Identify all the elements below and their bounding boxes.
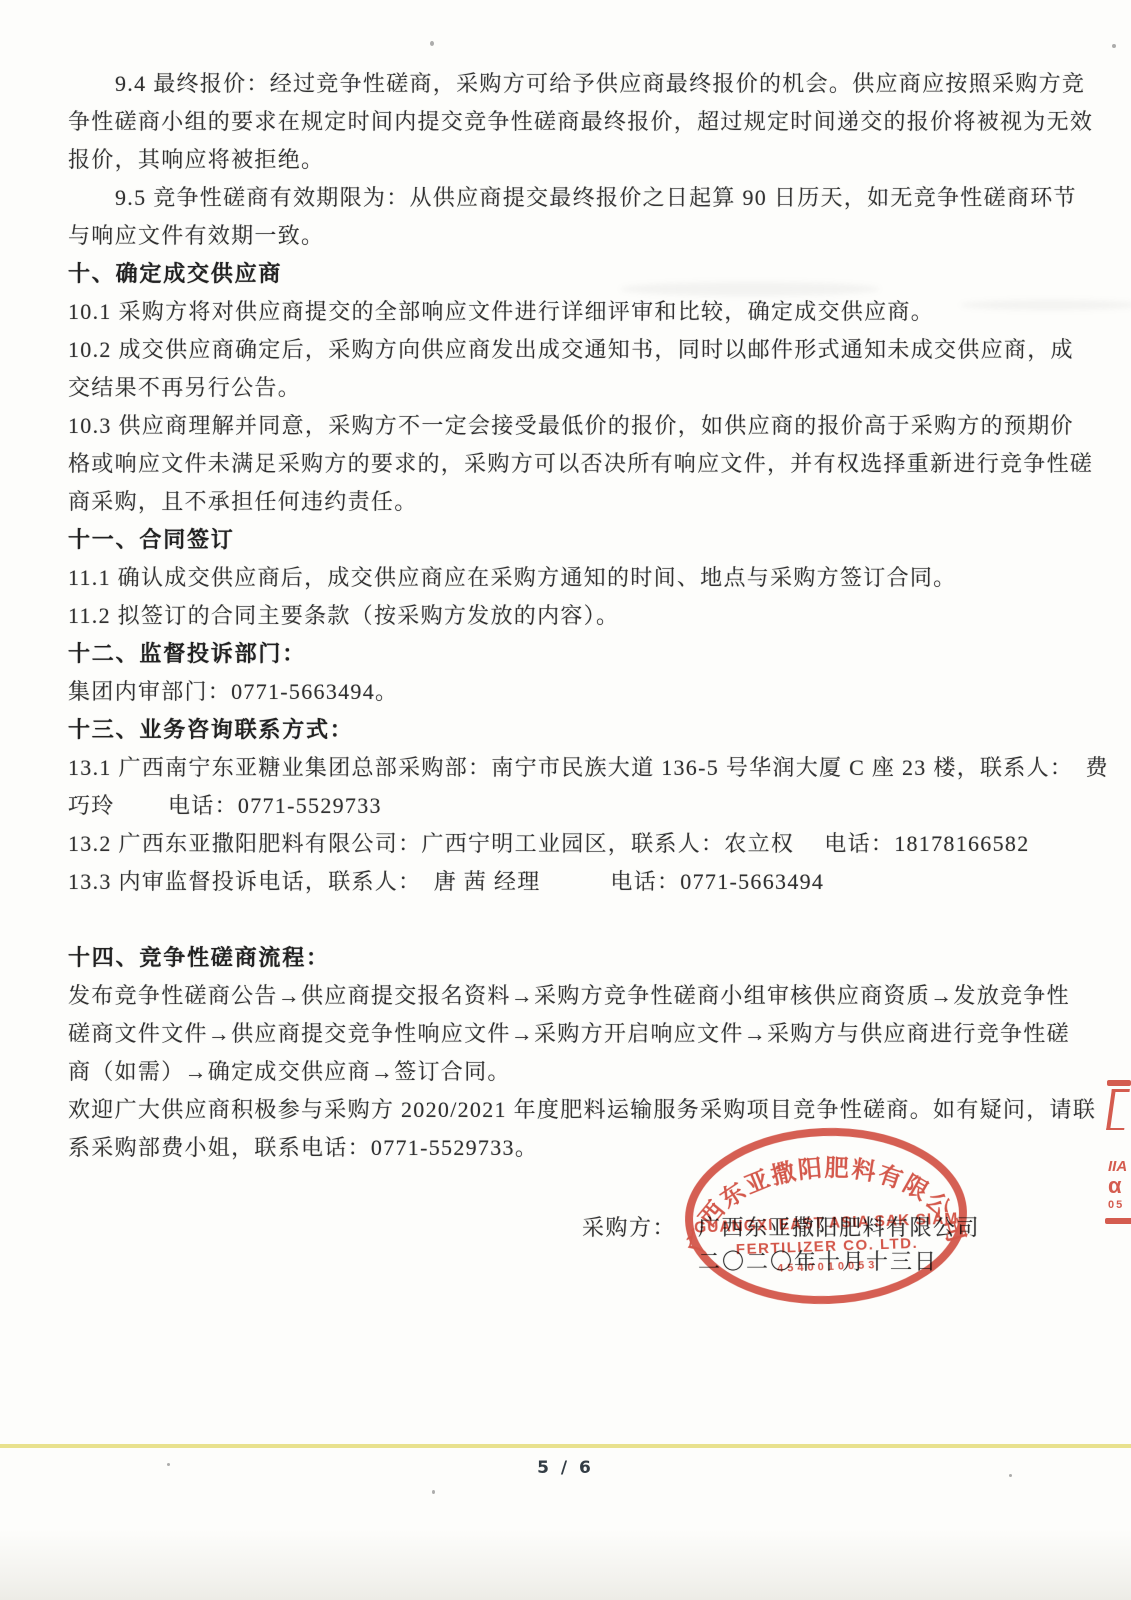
- edge-stamp-text: α: [1108, 1175, 1131, 1197]
- doc-line: 10.2 成交供应商确定后，采购方向供应商发出成交通知书，同时以邮件形式通知未成…: [68, 331, 1068, 369]
- document-page: 9.4 最终报价：经过竞争性磋商，采购方可给予供应商最终报价的机会。供应商应按照…: [0, 0, 1131, 1600]
- doc-line: 争性磋商小组的要求在规定时间内提交竞争性磋商最终报价，超过规定时间递交的报价将被…: [68, 103, 1068, 141]
- doc-line: 格或响应文件未满足采购方的要求的，采购方可以否决所有响应文件，并有权选择重新进行…: [68, 445, 1068, 483]
- doc-line: 13.3 内审监督投诉电话，联系人： 唐 茜 经理 电话：0771-566349…: [68, 863, 1068, 901]
- doc-line: 商采购，且不承担任何违约责任。: [68, 483, 1068, 521]
- doc-line: 11.1 确认成交供应商后，成交供应商应在采购方通知的时间、地点与采购方签订合同…: [68, 559, 1068, 597]
- edge-stamp-bar: [1107, 1080, 1131, 1086]
- company-seal-stamp: 广西东亚撒阳肥料有限公司 GUANGXI EAST ASIA SAK SIAM …: [676, 1119, 976, 1313]
- doc-line: 巧玲 电话：0771-5529733: [68, 787, 1068, 825]
- edge-stamp-fragment: IIA α 05: [1101, 1080, 1131, 1250]
- doc-line: 13.1 广西南宁东亚糖业集团总部采购部：南宁市民族大道 136-5 号华润大厦…: [68, 749, 1068, 787]
- scan-speck: [430, 41, 434, 46]
- section-heading: 十三、业务咨询联系方式：: [68, 711, 1068, 749]
- doc-line: 与响应文件有效期一致。: [68, 217, 1068, 255]
- doc-line: 磋商文件文件→供应商提交竞争性响应文件→采购方开启响应文件→采购方与供应商进行竞…: [68, 1015, 1068, 1053]
- section-heading: 十、确定成交供应商: [68, 255, 1068, 293]
- doc-line: 发布竞争性磋商公告→供应商提交报名资料→采购方竞争性磋商小组审核供应商资质→发放…: [68, 977, 1068, 1015]
- edge-stamp-character-fragment: [1106, 1089, 1130, 1130]
- section-heading: 十四、竞争性磋商流程：: [68, 939, 1068, 977]
- scan-mottle-band: [0, 1530, 1131, 1600]
- document-body: 9.4 最终报价：经过竞争性磋商，采购方可给予供应商最终报价的机会。供应商应按照…: [68, 65, 1068, 1167]
- seal-english-line2: FERTILIZER CO. LTD.: [736, 1235, 919, 1258]
- purchaser-label: 采购方：: [582, 1215, 676, 1240]
- doc-line: 10.1 采购方将对供应商提交的全部响应文件进行详细评审和比较，确定成交供应商。: [68, 293, 1068, 331]
- doc-line: 交结果不再另行公告。: [68, 369, 1068, 407]
- edge-stamp-text: 05: [1108, 1197, 1131, 1214]
- scan-speck: [167, 1463, 170, 1466]
- doc-line: 集团内审部门：0771-5663494。: [68, 673, 1068, 711]
- doc-line: 9.5 竞争性磋商有效期限为：从供应商提交最终报价之日起算 90 日历天，如无竞…: [68, 179, 1068, 217]
- page-number: 5 / 6: [0, 1452, 1131, 1484]
- scan-smudge: [620, 282, 880, 296]
- edge-stamp-bar: [1105, 1218, 1131, 1224]
- blank-line: [68, 901, 1068, 939]
- section-heading: 十一、合同签订: [68, 521, 1068, 559]
- scan-speck: [1112, 44, 1116, 48]
- doc-line: 报价，其响应将被拒绝。: [68, 141, 1068, 179]
- doc-line: 11.2 拟签订的合同主要条款（按采购方发放的内容）。: [68, 597, 1068, 635]
- section-heading: 十二、监督投诉部门：: [68, 635, 1068, 673]
- doc-line: 10.3 供应商理解并同意，采购方不一定会接受最低价的报价，如供应商的报价高于采…: [68, 407, 1068, 445]
- seal-serial-number: 4540010053: [777, 1259, 879, 1275]
- doc-line: 商（如需）→确定成交供应商→签订合同。: [68, 1053, 1068, 1091]
- scan-speck: [1009, 1474, 1012, 1477]
- scan-speck: [432, 1490, 435, 1494]
- doc-line: 13.2 广西东亚撒阳肥料有限公司：广西宁明工业园区，联系人：农立权 电话：18…: [68, 825, 1068, 863]
- scan-smudge: [960, 300, 1131, 310]
- footer-divider-line: [0, 1444, 1131, 1448]
- seal-english-line1: GUANGXI EAST ASIA SAK SIAM: [694, 1210, 959, 1236]
- doc-line: 9.4 最终报价：经过竞争性磋商，采购方可给予供应商最终报价的机会。供应商应按照…: [68, 65, 1068, 103]
